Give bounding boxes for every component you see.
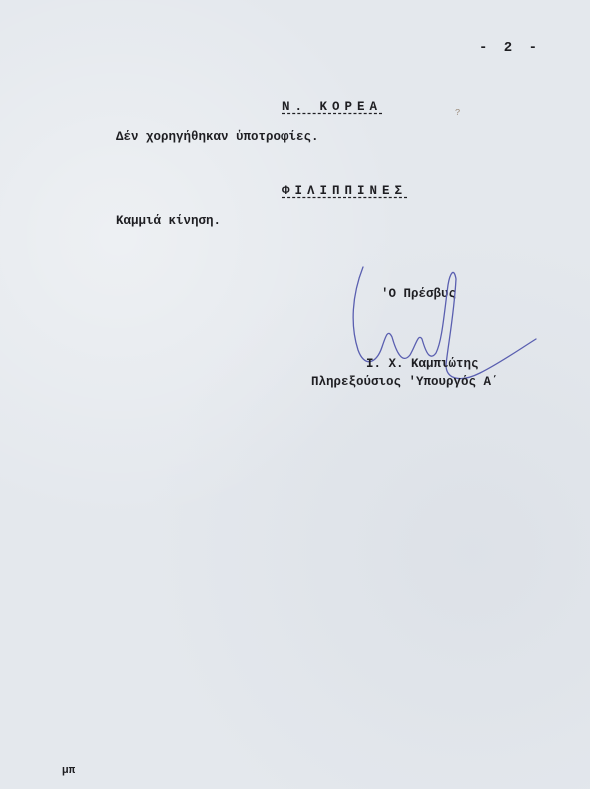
margin-mark: ? [455, 108, 460, 118]
signatory-rank: Πληρεξούσιος 'Υπουργός Α΄ [311, 375, 499, 389]
section-text-korea: Δέν χορηγήθηκαν ὑποτροφίες. [116, 130, 319, 144]
document-page: - 2 - ? Ν. ΚΟΡΕΑ Δέν χορηγήθηκαν ὑποτροφ… [0, 0, 590, 789]
typist-initials: μπ [62, 765, 75, 777]
signatory-name: Ι. Χ. Καμπιώτης [366, 357, 479, 371]
section-heading-korea: Ν. ΚΟΡΕΑ [282, 100, 382, 114]
page-number: - 2 - [479, 40, 541, 56]
section-text-philippines: Καμμιά κίνηση. [116, 214, 221, 228]
section-heading-philippines: ΦΙΛΙΠΠΙΝΕΣ [282, 184, 407, 198]
